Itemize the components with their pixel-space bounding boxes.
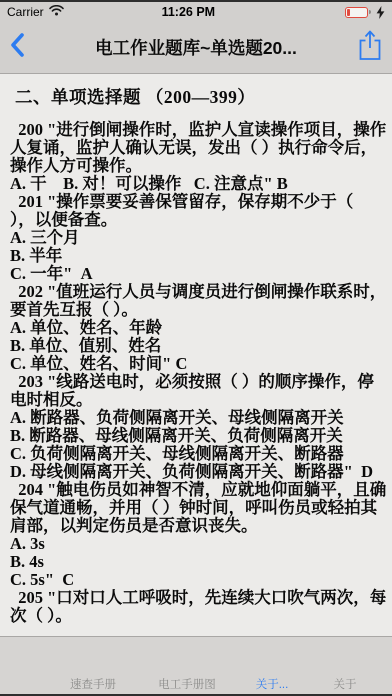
wifi-icon bbox=[49, 5, 64, 19]
text-line: 204 "触电伤员如神智不清，应就地仰面躺平，且确 bbox=[10, 481, 386, 499]
text-line: A. 干 B. 对！可以操作 C. 注意点" B bbox=[10, 175, 386, 193]
page-title: 电工作业题库~单选题20... bbox=[44, 35, 348, 60]
text-line: 操作人方可操作。 bbox=[10, 157, 386, 175]
text-line: 205 "口对口人工呼吸时，先连续大口吹气两次，每 bbox=[10, 589, 386, 607]
tab-about[interactable]: 关于 bbox=[334, 676, 357, 692]
text-line: C. 一年" A bbox=[10, 265, 386, 283]
text-line: ），以便备查。 bbox=[10, 211, 386, 229]
text-line: D. 母线侧隔离开关、负荷侧隔离开关、断路器" D bbox=[10, 463, 386, 481]
text-line: C. 5s" C bbox=[10, 571, 386, 589]
battery-group bbox=[313, 6, 385, 19]
share-icon bbox=[358, 30, 382, 66]
battery-low-icon bbox=[345, 7, 368, 18]
text-line: 电时相反。 bbox=[10, 391, 386, 409]
carrier-group: Carrier bbox=[7, 5, 64, 19]
text-line: 要首先互报（ ）。 bbox=[10, 301, 386, 319]
text-line: B. 单位、值别、姓名 bbox=[10, 337, 386, 355]
charging-bolt-icon bbox=[376, 6, 385, 19]
text-line: C. 单位、姓名、时间" C bbox=[10, 355, 386, 373]
back-button[interactable] bbox=[10, 33, 44, 62]
text-line: B. 半年 bbox=[10, 247, 386, 265]
text-line: A. 3s bbox=[10, 535, 386, 553]
tab-bar: 速查手册 电工手册图 关于... 关于 bbox=[0, 636, 392, 694]
phone-screen: Carrier 11:26 PM bbox=[0, 0, 392, 696]
text-line: B. 断路器、母线侧隔离开关、负荷侧隔离开关 bbox=[10, 427, 386, 445]
carrier-label: Carrier bbox=[7, 5, 44, 19]
text-line: 人复诵，监护人确认无误，发出（ ）执行命令后， bbox=[10, 139, 386, 157]
text-line: 200 "进行倒闸操作时，监护人宣读操作项目，操作 bbox=[10, 121, 386, 139]
share-button[interactable] bbox=[348, 30, 382, 66]
tab-about-more[interactable]: 关于... bbox=[256, 676, 289, 692]
text-line: 201 "操作票要妥善保管留存，保存期不少于（ bbox=[10, 193, 386, 211]
text-line: A. 单位、姓名、年龄 bbox=[10, 319, 386, 337]
text-line: 肩部，以判定伤员是否意识丧失。 bbox=[10, 517, 386, 535]
section-heading: 二、单项选择题 （200—399） bbox=[10, 88, 386, 107]
status-bar: Carrier 11:26 PM bbox=[0, 2, 392, 22]
tab-quick-reference[interactable]: 速查手册 bbox=[70, 676, 116, 692]
text-line: 203 "线路送电时，必须按照（ ）的顺序操作，停 bbox=[10, 373, 386, 391]
back-chevron-icon bbox=[10, 33, 24, 62]
navigation-bar: 电工作业题库~单选题20... bbox=[0, 22, 392, 74]
clock: 11:26 PM bbox=[64, 5, 313, 19]
text-line: A. 断路器、负荷侧隔离开关、母线侧隔离开关 bbox=[10, 409, 386, 427]
text-line: A. 三个月 bbox=[10, 229, 386, 247]
tab-electrician-handbook-diagrams[interactable]: 电工手册图 bbox=[158, 676, 216, 692]
text-line: 202 "值班运行人员与调度员进行倒闸操作联系时， bbox=[10, 283, 386, 301]
text-line: 保气道通畅，并用（ ）钟时间，呼叫伤员或轻拍其 bbox=[10, 499, 386, 517]
text-line: 次（ ）。 bbox=[10, 607, 386, 625]
text-line: C. 负荷侧隔离开关、母线侧隔离开关、断路器 bbox=[10, 445, 386, 463]
question-list: 二、单项选择题 （200—399） 200 "进行倒闸操作时，监护人宣读操作项目… bbox=[0, 74, 392, 636]
text-line: B. 4s bbox=[10, 553, 386, 571]
